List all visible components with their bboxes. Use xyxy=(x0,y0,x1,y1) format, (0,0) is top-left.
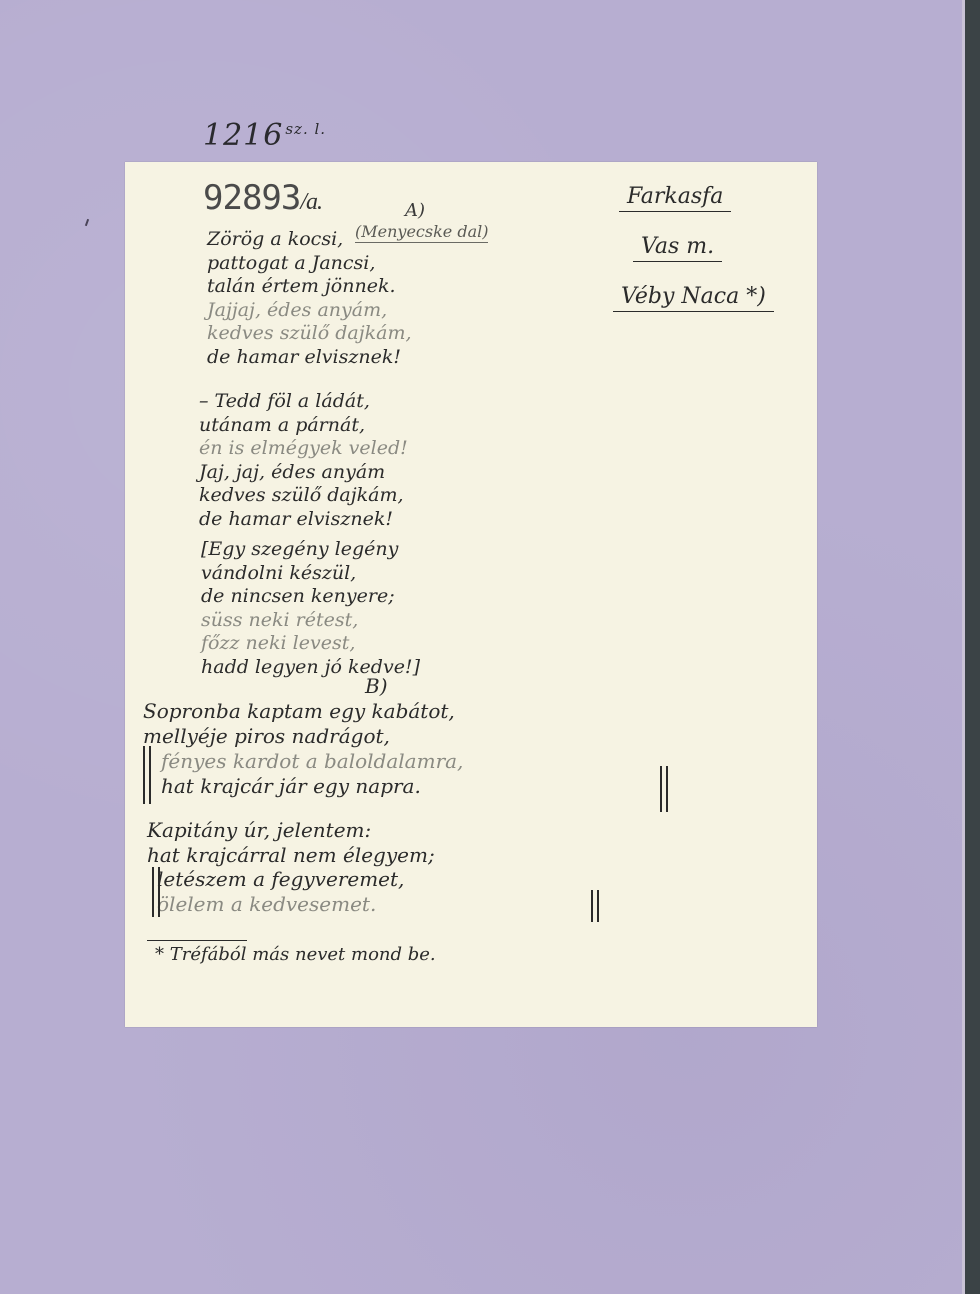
verse-line: ölelem a kedvesemet. xyxy=(147,892,435,917)
verse-line: letészem a fegyveremet, xyxy=(147,867,435,892)
inventory-stamp: 92893/a. xyxy=(203,178,322,218)
verse-line: fényes kardot a baloldalamra, xyxy=(143,749,463,774)
verse-line: én is elmégyek veled! xyxy=(199,437,408,461)
verse-line: [Egy szegény legény xyxy=(201,538,420,562)
verse-line: Jaj, jaj, édes anyám xyxy=(199,461,408,485)
verse-line: Sopronba kaptam egy kabátot, xyxy=(143,699,463,724)
repeat-sign-end xyxy=(591,890,599,922)
stamp-suffix: /a. xyxy=(300,189,322,215)
verse-b-stanza-2: Kapitány úr, jelentem: hat krajcárral ne… xyxy=(147,818,435,916)
verse-line: de hamar elvisznek! xyxy=(207,346,412,370)
verse-line: hat krajcár jár egy napra. xyxy=(143,774,463,799)
meta-place: Farkasfa xyxy=(619,184,731,212)
verse-line: de hamar elvisznek! xyxy=(199,508,408,532)
verse-line: kedves szülő dajkám, xyxy=(207,322,412,346)
verse-line: süss neki rétest, xyxy=(201,609,420,633)
verse-a-stanza-1: Zörög a kocsi, pattogat a Jancsi, talán … xyxy=(207,228,412,369)
verse-line: talán értem jönnek. xyxy=(207,275,412,299)
verse-line: főzz neki levest, xyxy=(201,632,420,656)
verse-line: utánam a párnát, xyxy=(199,414,408,438)
verse-line: Jajjaj, édes anyám, xyxy=(207,299,412,323)
stray-ink-mark xyxy=(85,219,89,226)
verse-line: de nincsen kenyere; xyxy=(201,585,420,609)
stamp-number: 92893 xyxy=(203,178,300,218)
verse-b-stanza-1: Sopronba kaptam egy kabátot, mellyéje pi… xyxy=(143,699,463,799)
archive-number: 1216sz. l. xyxy=(203,118,326,153)
verse-line: – Tedd föl a ládát, xyxy=(199,390,408,414)
section-a-label: A) xyxy=(405,200,425,221)
meta-county: Vas m. xyxy=(633,234,722,262)
repeat-sign-start xyxy=(152,867,160,917)
repeat-sign-start xyxy=(143,746,151,804)
verse-a-stanza-3: [Egy szegény legény vándolni készül, de … xyxy=(201,538,420,679)
verse-line: Kapitány úr, jelentem: xyxy=(147,818,435,843)
verse-line: hat krajcárral nem élegyem; xyxy=(147,843,435,868)
verse-line: Zörög a kocsi, xyxy=(207,228,412,252)
archive-number-suffix: sz. l. xyxy=(285,120,326,138)
collection-metadata: Farkasfa Vas m. Véby Naca *) xyxy=(613,184,774,334)
footnote-divider xyxy=(147,940,247,941)
verse-line: kedves szülő dajkám, xyxy=(199,484,408,508)
meta-singer: Véby Naca *) xyxy=(613,284,774,312)
footnote: * Tréfából más nevet mond be. xyxy=(155,944,436,965)
verse-line: mellyéje piros nadrágot, xyxy=(143,724,463,749)
section-b-label: B) xyxy=(365,674,388,698)
repeat-sign-end xyxy=(660,766,668,812)
verse-line: vándolni készül, xyxy=(201,562,420,586)
manuscript-sheet: 92893/a. A) (Menyecske dal) Farkasfa Vas… xyxy=(125,162,817,1027)
archive-number-main: 1216 xyxy=(203,118,283,153)
verse-line: pattogat a Jancsi, xyxy=(207,252,412,276)
scanner-edge xyxy=(965,0,980,1294)
verse-a-stanza-2: – Tedd föl a ládát, utánam a párnát, én … xyxy=(199,390,408,531)
